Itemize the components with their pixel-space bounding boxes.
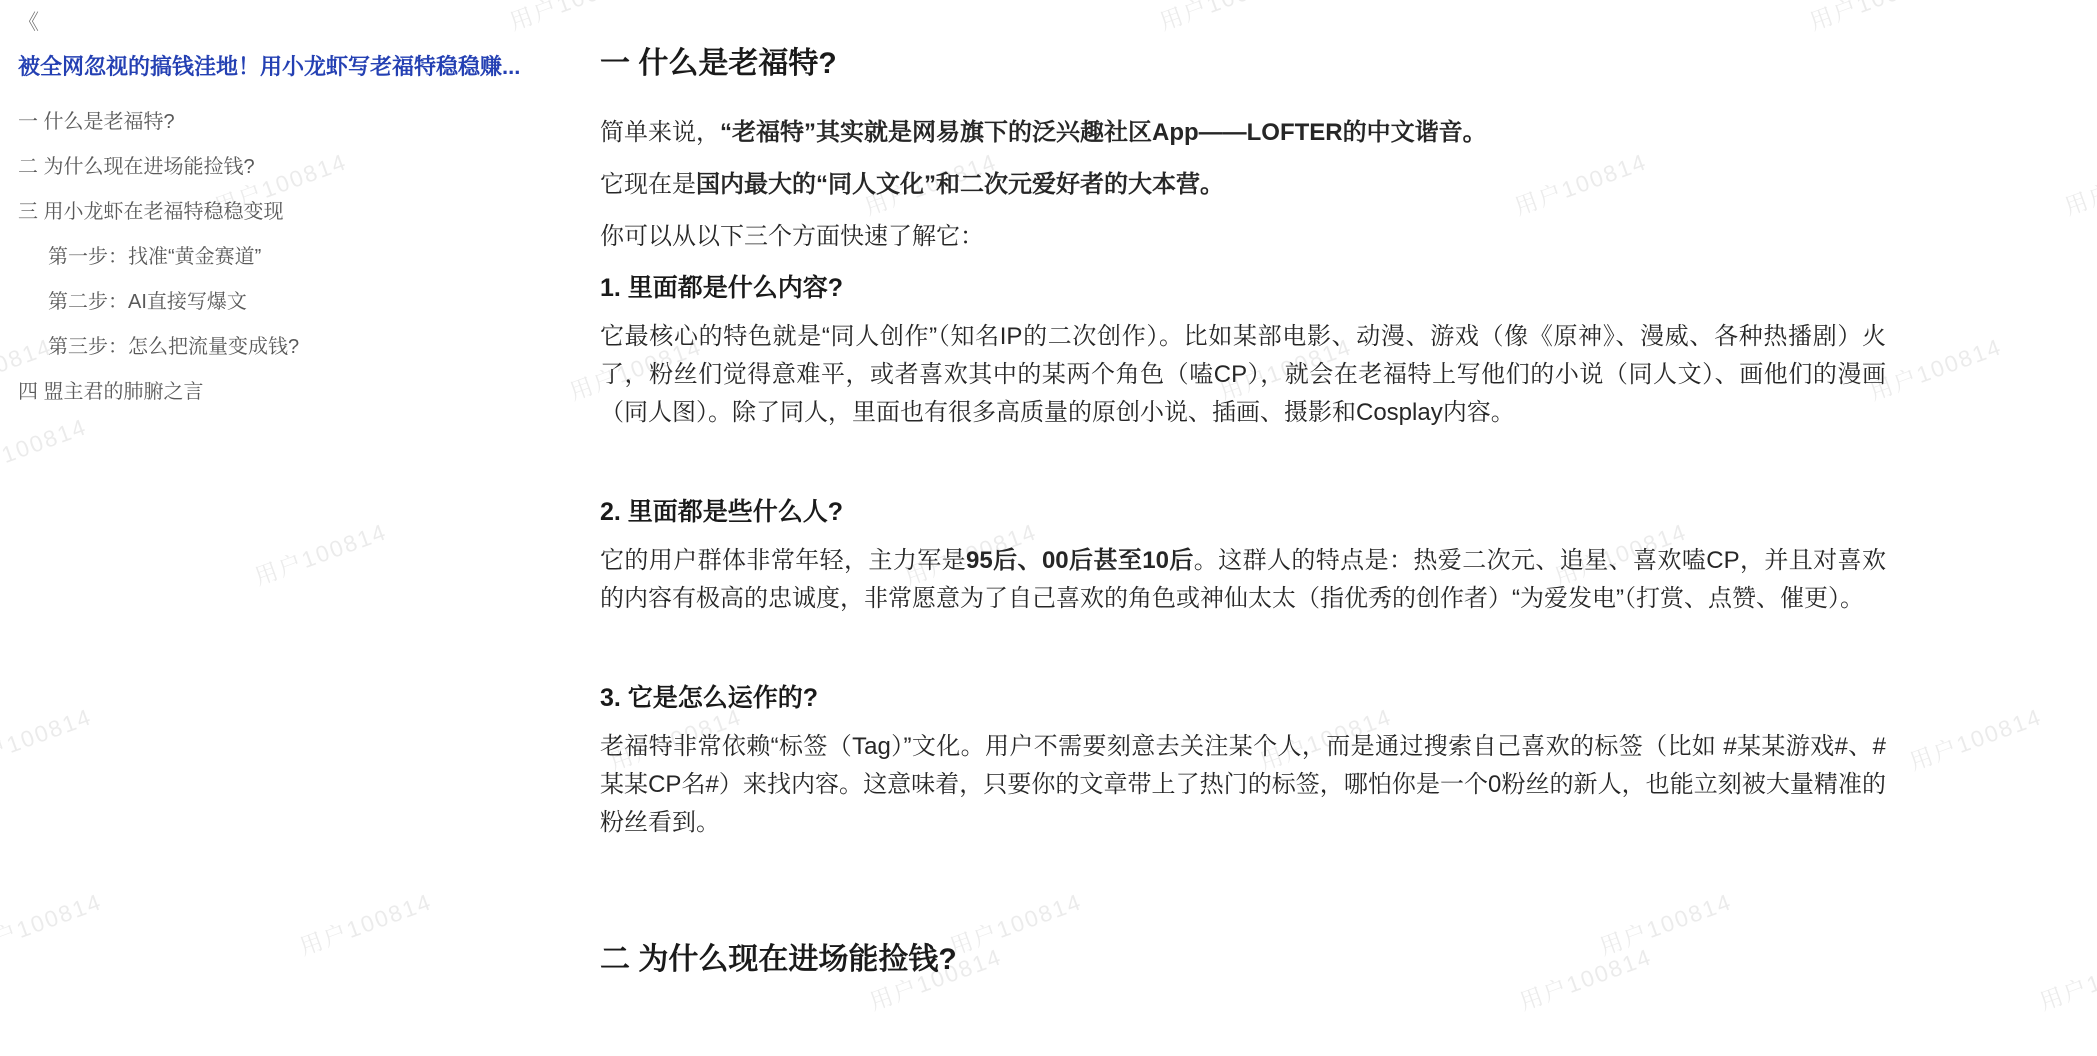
text-run: 2. 里面都是些什么人?	[600, 498, 843, 526]
paragraph-spacer	[600, 856, 1886, 896]
text-run: 一 什么是老福特?	[600, 47, 837, 80]
text-run: 它的用户群体非常年轻，主力军是	[600, 547, 966, 574]
toc-item[interactable]: 三 用小龙虾在老福特稳稳变现	[18, 190, 570, 235]
paragraph: 它现在是国内最大的“同人文化”和二次元爱好者的大本营。	[600, 166, 1886, 204]
text-run: 95后、00后甚至10后	[966, 547, 1194, 574]
toc-item[interactable]: 四 盟主君的肺腑之言	[18, 370, 570, 415]
toc-item[interactable]: 二 为什么现在进场能捡钱?	[18, 145, 570, 190]
watermark-text: 用户100814	[2059, 144, 2097, 222]
text-run: 它现在是	[600, 171, 696, 198]
document-title-link[interactable]: 被全网忽视的搞钱洼地！用小龙虾写老福特稳稳赚...	[18, 52, 570, 82]
text-run: 简单来说，	[600, 119, 720, 146]
toc-list: 一 什么是老福特?二 为什么现在进场能捡钱?三 用小龙虾在老福特稳稳变现第一步：…	[18, 100, 570, 415]
toc-sidebar: 《 被全网忽视的搞钱洼地！用小龙虾写老福特稳稳赚... 一 什么是老福特?二 为…	[0, 0, 570, 1056]
paragraph-spacer	[600, 446, 1886, 486]
text-run: “老福特”其实就是网易旗下的泛兴趣社区App——LOFTER的中文谐音。	[720, 119, 1487, 146]
document-content: 一 什么是老福特?简单来说，“老福特”其实就是网易旗下的泛兴趣社区App——LO…	[600, 0, 1886, 1010]
toc-item[interactable]: 第三步：怎么把流量变成钱?	[18, 325, 570, 370]
paragraph-spacer	[600, 632, 1886, 672]
paragraph: 简单来说，“老福特”其实就是网易旗下的泛兴趣社区App——LOFTER的中文谐音…	[600, 114, 1886, 152]
text-run: 老福特非常依赖“标签（Tag）”文化。用户不需要刻意去关注某个人，而是通过搜索自…	[600, 733, 1886, 836]
text-run: 二 为什么现在进场能捡钱?	[600, 943, 957, 976]
section-heading: 2. 里面都是些什么人?	[600, 494, 1886, 530]
watermark-text: 用户100814	[2034, 939, 2097, 1017]
text-run: 国内最大的“同人文化”和二次元爱好者的大本营。	[696, 171, 1224, 198]
collapse-sidebar-button[interactable]: 《	[18, 10, 48, 36]
text-run: 你可以从以下三个方面快速了解它：	[600, 223, 984, 250]
paragraph: 它的用户群体非常年轻，主力军是95后、00后甚至10后。这群人的特点是：热爱二次…	[600, 542, 1886, 618]
section-heading: 3. 它是怎么运作的?	[600, 680, 1886, 716]
watermark-text: 用户100814	[1904, 699, 2046, 777]
section-heading: 二 为什么现在进场能捡钱?	[600, 940, 1886, 980]
text-run: 1. 里面都是什么内容?	[600, 274, 843, 302]
toc-item[interactable]: 第一步：找准“黄金赛道”	[18, 235, 570, 280]
toc-item[interactable]: 一 什么是老福特?	[18, 100, 570, 145]
paragraph: 你可以从以下三个方面快速了解它：	[600, 218, 1886, 256]
text-run: 它最核心的特色就是“同人创作”（知名IP的二次创作）。比如某部电影、动漫、游戏（…	[600, 323, 1886, 426]
section-heading: 一 什么是老福特?	[600, 44, 1886, 84]
section-heading: 1. 里面都是什么内容?	[600, 270, 1886, 306]
toc-item[interactable]: 第二步：AI直接写爆文	[18, 280, 570, 325]
text-run: 3. 它是怎么运作的?	[600, 684, 818, 712]
paragraph: 它最核心的特色就是“同人创作”（知名IP的二次创作）。比如某部电影、动漫、游戏（…	[600, 318, 1886, 432]
double-chevron-left-icon: 《	[18, 11, 39, 34]
paragraph: 老福特非常依赖“标签（Tag）”文化。用户不需要刻意去关注某个人，而是通过搜索自…	[600, 728, 1886, 842]
